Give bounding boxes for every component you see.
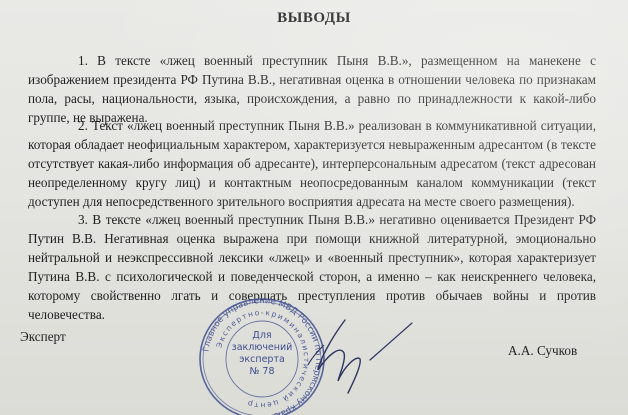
- document-page: ВЫВОДЫ 1. В тексте «лжец военный преступ…: [0, 0, 628, 415]
- conclusion-paragraph-2: 2. Текст «лжец военный преступник Пыня В…: [28, 116, 596, 211]
- document-title: ВЫВОДЫ: [0, 10, 628, 27]
- handwritten-signature-icon: [300, 315, 420, 395]
- expert-role-label: Эксперт: [20, 329, 66, 345]
- signature-block: Эксперт Главное управление МВД России по…: [0, 325, 628, 415]
- expert-name: А.А. Сучков: [508, 343, 577, 359]
